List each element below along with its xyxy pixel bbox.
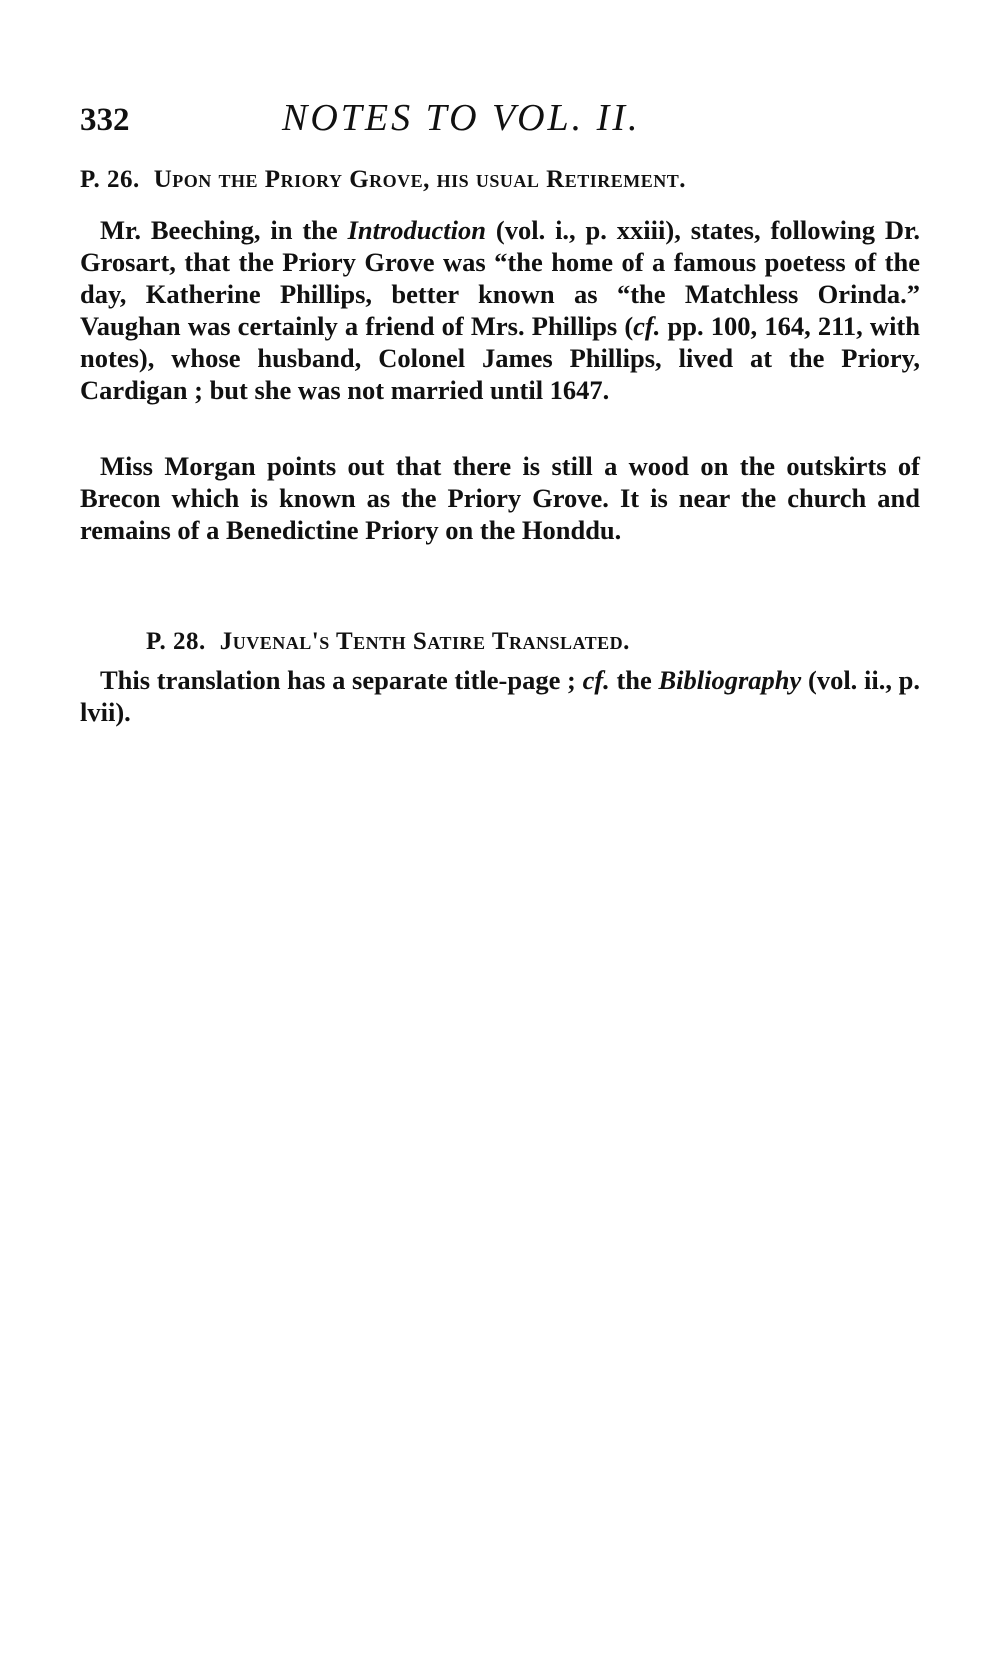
text-run: the xyxy=(610,665,659,695)
italic-cf: cf. xyxy=(583,665,610,695)
section-heading-p28: P. 28.Juvenal's Tenth Satire Translated. xyxy=(146,628,986,656)
page-reference: P. 28. xyxy=(146,628,206,655)
running-title: NOTES TO VOL. II. xyxy=(282,96,641,140)
text-run: This translation has a separate title-pa… xyxy=(100,665,583,695)
heading-text: Upon the Priory Grove, his usual Retirem… xyxy=(154,166,686,193)
paragraph-morgan: Miss Morgan points out that there is sti… xyxy=(80,450,920,546)
running-head: 332 NOTES TO VOL. II. xyxy=(80,96,920,146)
text-run: Mr. Beeching, in the xyxy=(100,215,348,245)
italic-title-bibliography: Bibliography xyxy=(658,665,801,695)
page-reference: P. 26. xyxy=(80,166,140,193)
italic-cf: cf. xyxy=(633,311,660,341)
heading-text: Juvenal's Tenth Satire Translated. xyxy=(220,628,630,655)
section-heading-p26: P. 26.Upon the Priory Grove, his usual R… xyxy=(80,166,920,194)
paragraph-beeching: Mr. Beeching, in the Introduction (vol. … xyxy=(80,214,920,406)
italic-title-introduction: Introduction xyxy=(348,215,486,245)
paragraph-translation: This translation has a separate title-pa… xyxy=(80,664,920,728)
page-number: 332 xyxy=(80,102,130,139)
text-run: Miss Morgan points out that there is sti… xyxy=(80,451,920,545)
